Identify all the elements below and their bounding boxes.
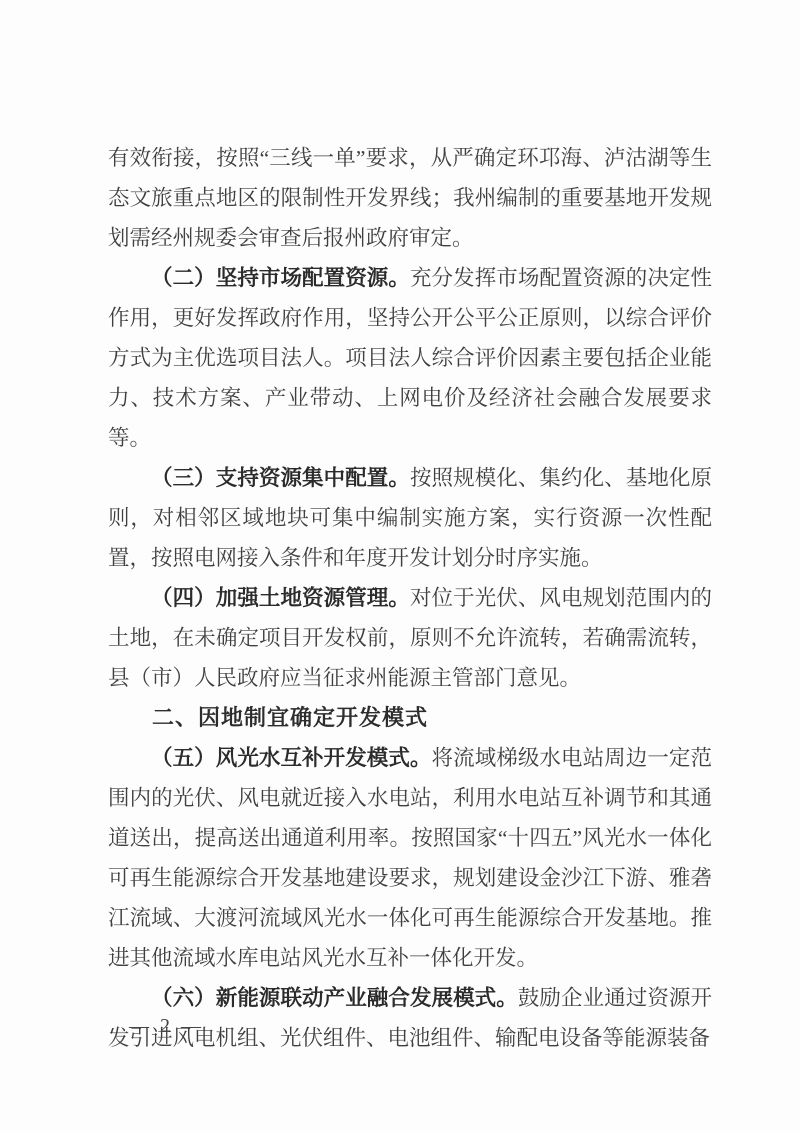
paragraph: （五）风光水互补开发模式。将流域梯级水电站周边一定范围内的光伏、风电就近接入水电… bbox=[108, 738, 712, 978]
paragraph-lead: （五）风光水互补开发模式。 bbox=[151, 746, 432, 770]
document-page: 有效衔接，按照“三线一单”要求，从严确定环邛海、泸沽湖等生态文旅重点地区的限制性… bbox=[0, 0, 800, 1131]
paragraph: （四）加强土地资源管理。对位于光伏、风电规划范围内的土地，在未确定项目开发权前，… bbox=[108, 578, 712, 698]
page-number: — 2 — bbox=[129, 1014, 204, 1038]
paragraph: （三）支持资源集中配置。按照规模化、集约化、基地化原则，对相邻区域地块可集中编制… bbox=[108, 458, 712, 578]
paragraph-lead: （三）支持资源集中配置。 bbox=[151, 466, 410, 490]
paragraph-lead: （六）新能源联动产业融合发展模式。 bbox=[151, 986, 518, 1010]
paragraph: （二）坚持市场配置资源。充分发挥市场配置资源的决定性作用，更好发挥政府作用，坚持… bbox=[108, 258, 712, 458]
document-body: 有效衔接，按照“三线一单”要求，从严确定环邛海、泸沽湖等生态文旅重点地区的限制性… bbox=[108, 138, 712, 1058]
paragraph-lead: （二）坚持市场配置资源。 bbox=[151, 266, 410, 290]
section-heading: 二、因地制宜确定开发模式 bbox=[108, 698, 712, 738]
paragraph-lead: （四）加强土地资源管理。 bbox=[151, 586, 410, 610]
paragraph: 有效衔接，按照“三线一单”要求，从严确定环邛海、泸沽湖等生态文旅重点地区的限制性… bbox=[108, 138, 712, 258]
